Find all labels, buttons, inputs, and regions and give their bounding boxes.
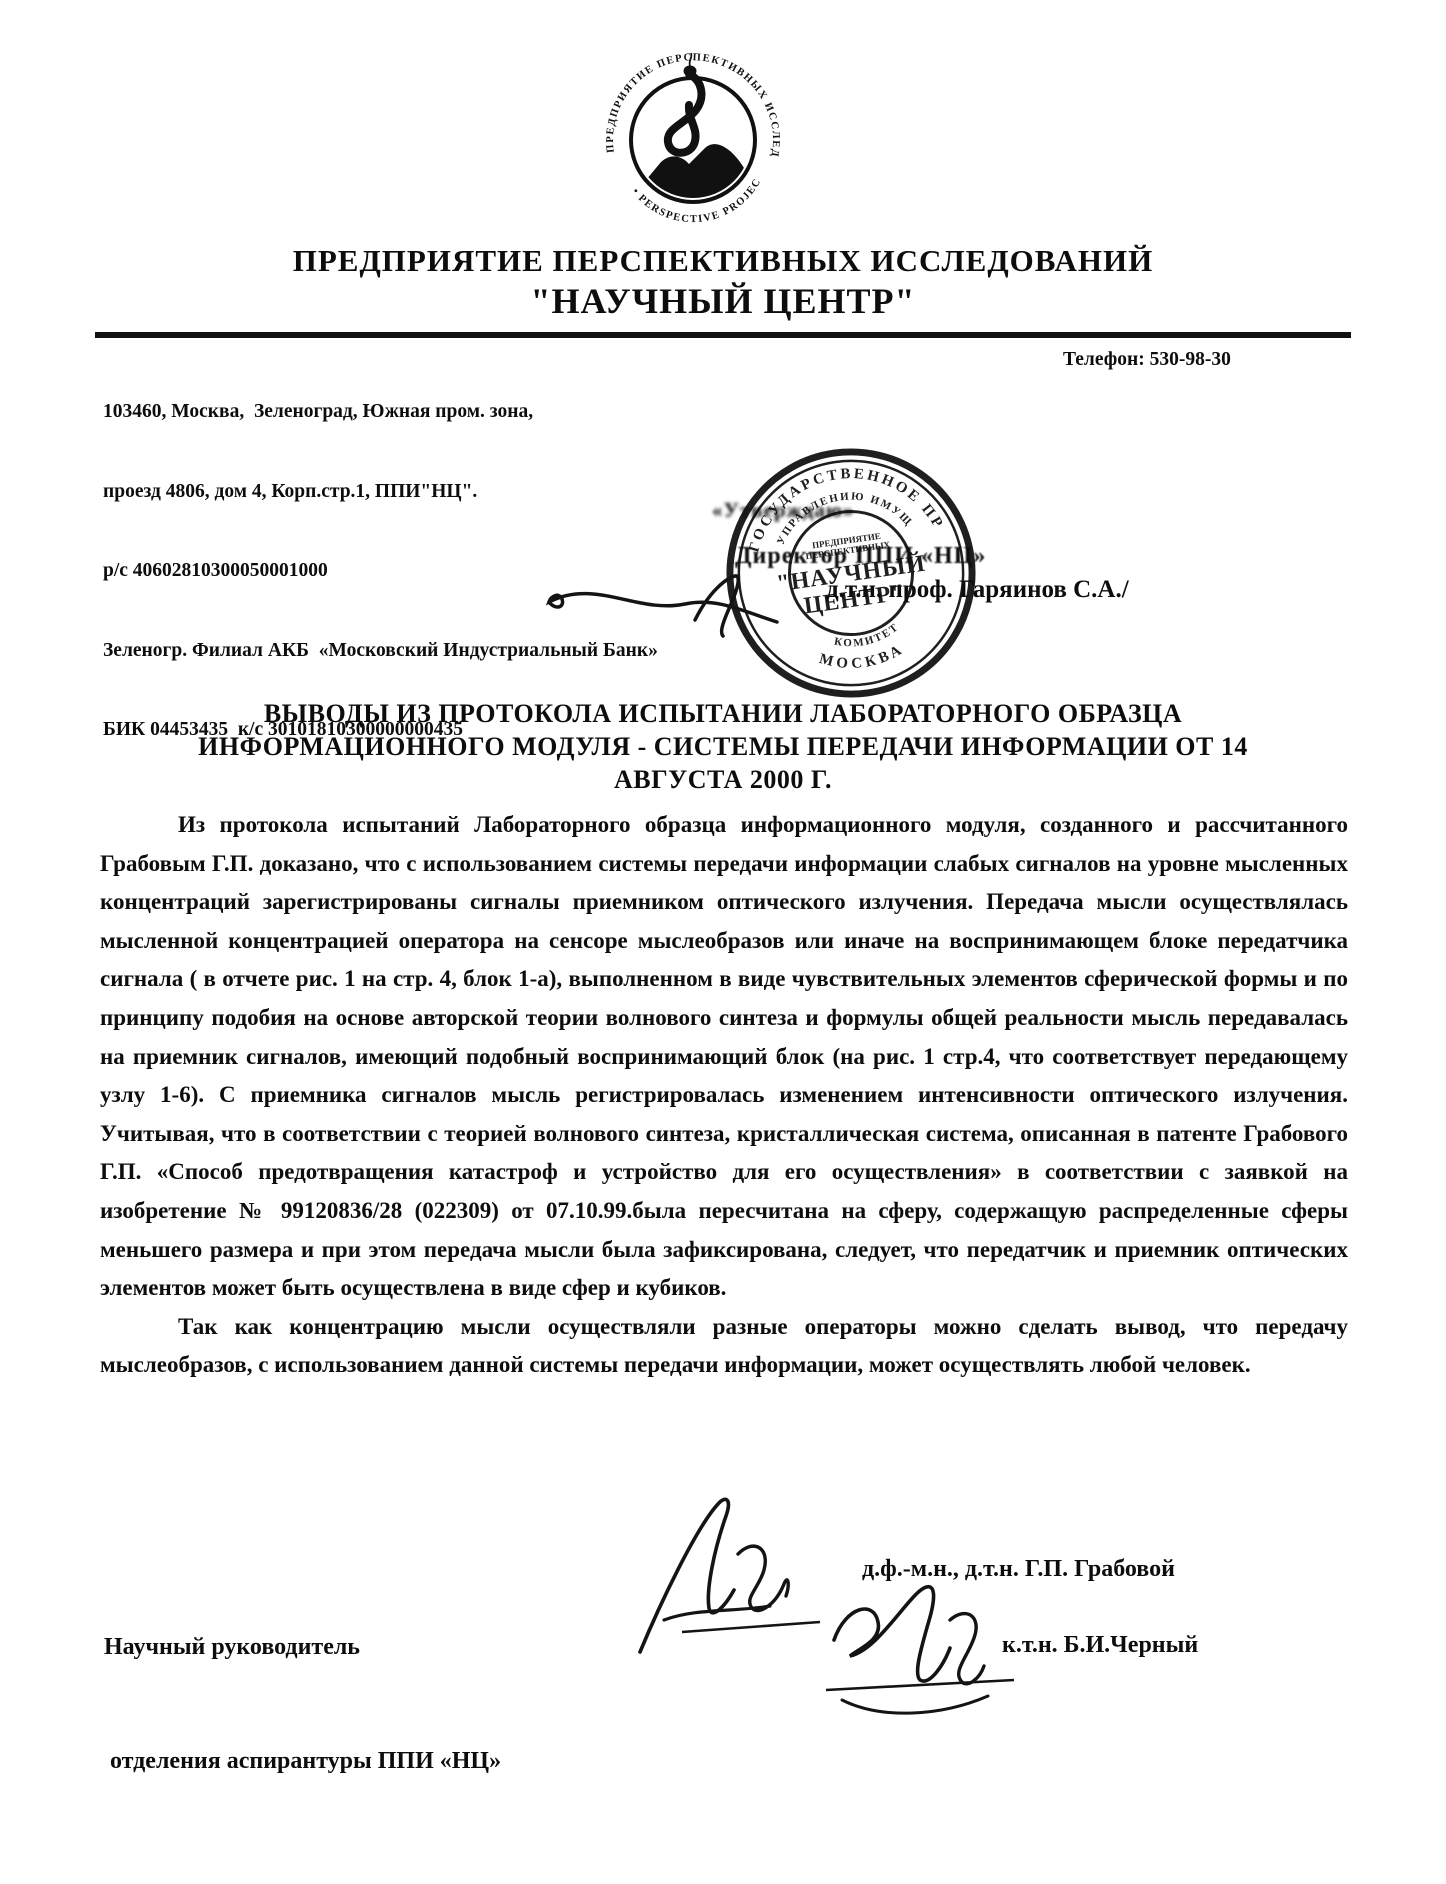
signoff-role-line1: Научный руководитель <box>104 1628 501 1666</box>
snake-icon <box>668 53 702 153</box>
signer2-name: к.т.н. Б.И.Черный <box>1002 1632 1198 1659</box>
signoff-role-line2: отделения аспирантуры ППИ «НЦ» <box>104 1742 501 1780</box>
scanned-letter-page: ПРЕДПРИЯТИЕ ПЕРСПЕКТИВНЫХ ИССЛЕДОВАНИЙ •… <box>0 0 1446 1884</box>
org-name-line2: "НАУЧНЫЙ ЦЕНТР" <box>0 280 1446 322</box>
company-emblem-snake-mountain-logo: ПРЕДПРИЯТИЕ ПЕРСПЕКТИВНЫХ ИССЛЕДОВАНИЙ •… <box>593 40 793 240</box>
body-paragraph-2: Так как концентрацию мысли осуществляли … <box>100 1308 1348 1385</box>
title-line: ИНФОРМАЦИОННОГО МОДУЛЯ - СИСТЕМЫ ПЕРЕДАЧ… <box>0 730 1446 763</box>
title-line: АВГУСТА 2000 Г. <box>0 763 1446 796</box>
address-line: проезд 4806, дом 4, Корп.стр.1, ППИ"НЦ". <box>103 479 658 506</box>
signoff-role: Научный руководитель отделения аспиранту… <box>104 1552 501 1856</box>
letter-body: Из протокола испытаний Лабораторного обр… <box>100 806 1348 1385</box>
phone-number: Телефон: 530-98-30 <box>1063 349 1231 371</box>
document-title: ВЫВОДЫ ИЗ ПРОТОКОЛА ИСПЫТАНИИ ЛАБОРАТОРН… <box>0 697 1446 796</box>
letterhead-divider <box>95 332 1351 338</box>
approval-signer-name: д.т.н. проф. Гаряинов С.А./ <box>826 576 1129 604</box>
director-signature-stroke <box>545 560 785 650</box>
title-line: ВЫВОДЫ ИЗ ПРОТОКОЛА ИСПЫТАНИИ ЛАБОРАТОРН… <box>0 697 1446 730</box>
logo-arc-top-text: ПРЕДПРИЯТИЕ ПЕРСПЕКТИВНЫХ ИССЛЕДОВАНИЙ <box>593 40 781 159</box>
approval-word: «Утверждаю» <box>712 498 854 523</box>
org-name-line1: ПРЕДПРИЯТИЕ ПЕРСПЕКТИВНЫХ ИССЛЕДОВАНИЙ <box>0 243 1446 279</box>
mountain-icon <box>631 144 755 202</box>
approval-role: Директор ППИ «НЦ» <box>735 543 986 570</box>
address-line: 103460, Москва, Зеленоград, Южная пром. … <box>103 399 658 426</box>
body-paragraph-1: Из протокола испытаний Лабораторного обр… <box>100 806 1348 1308</box>
